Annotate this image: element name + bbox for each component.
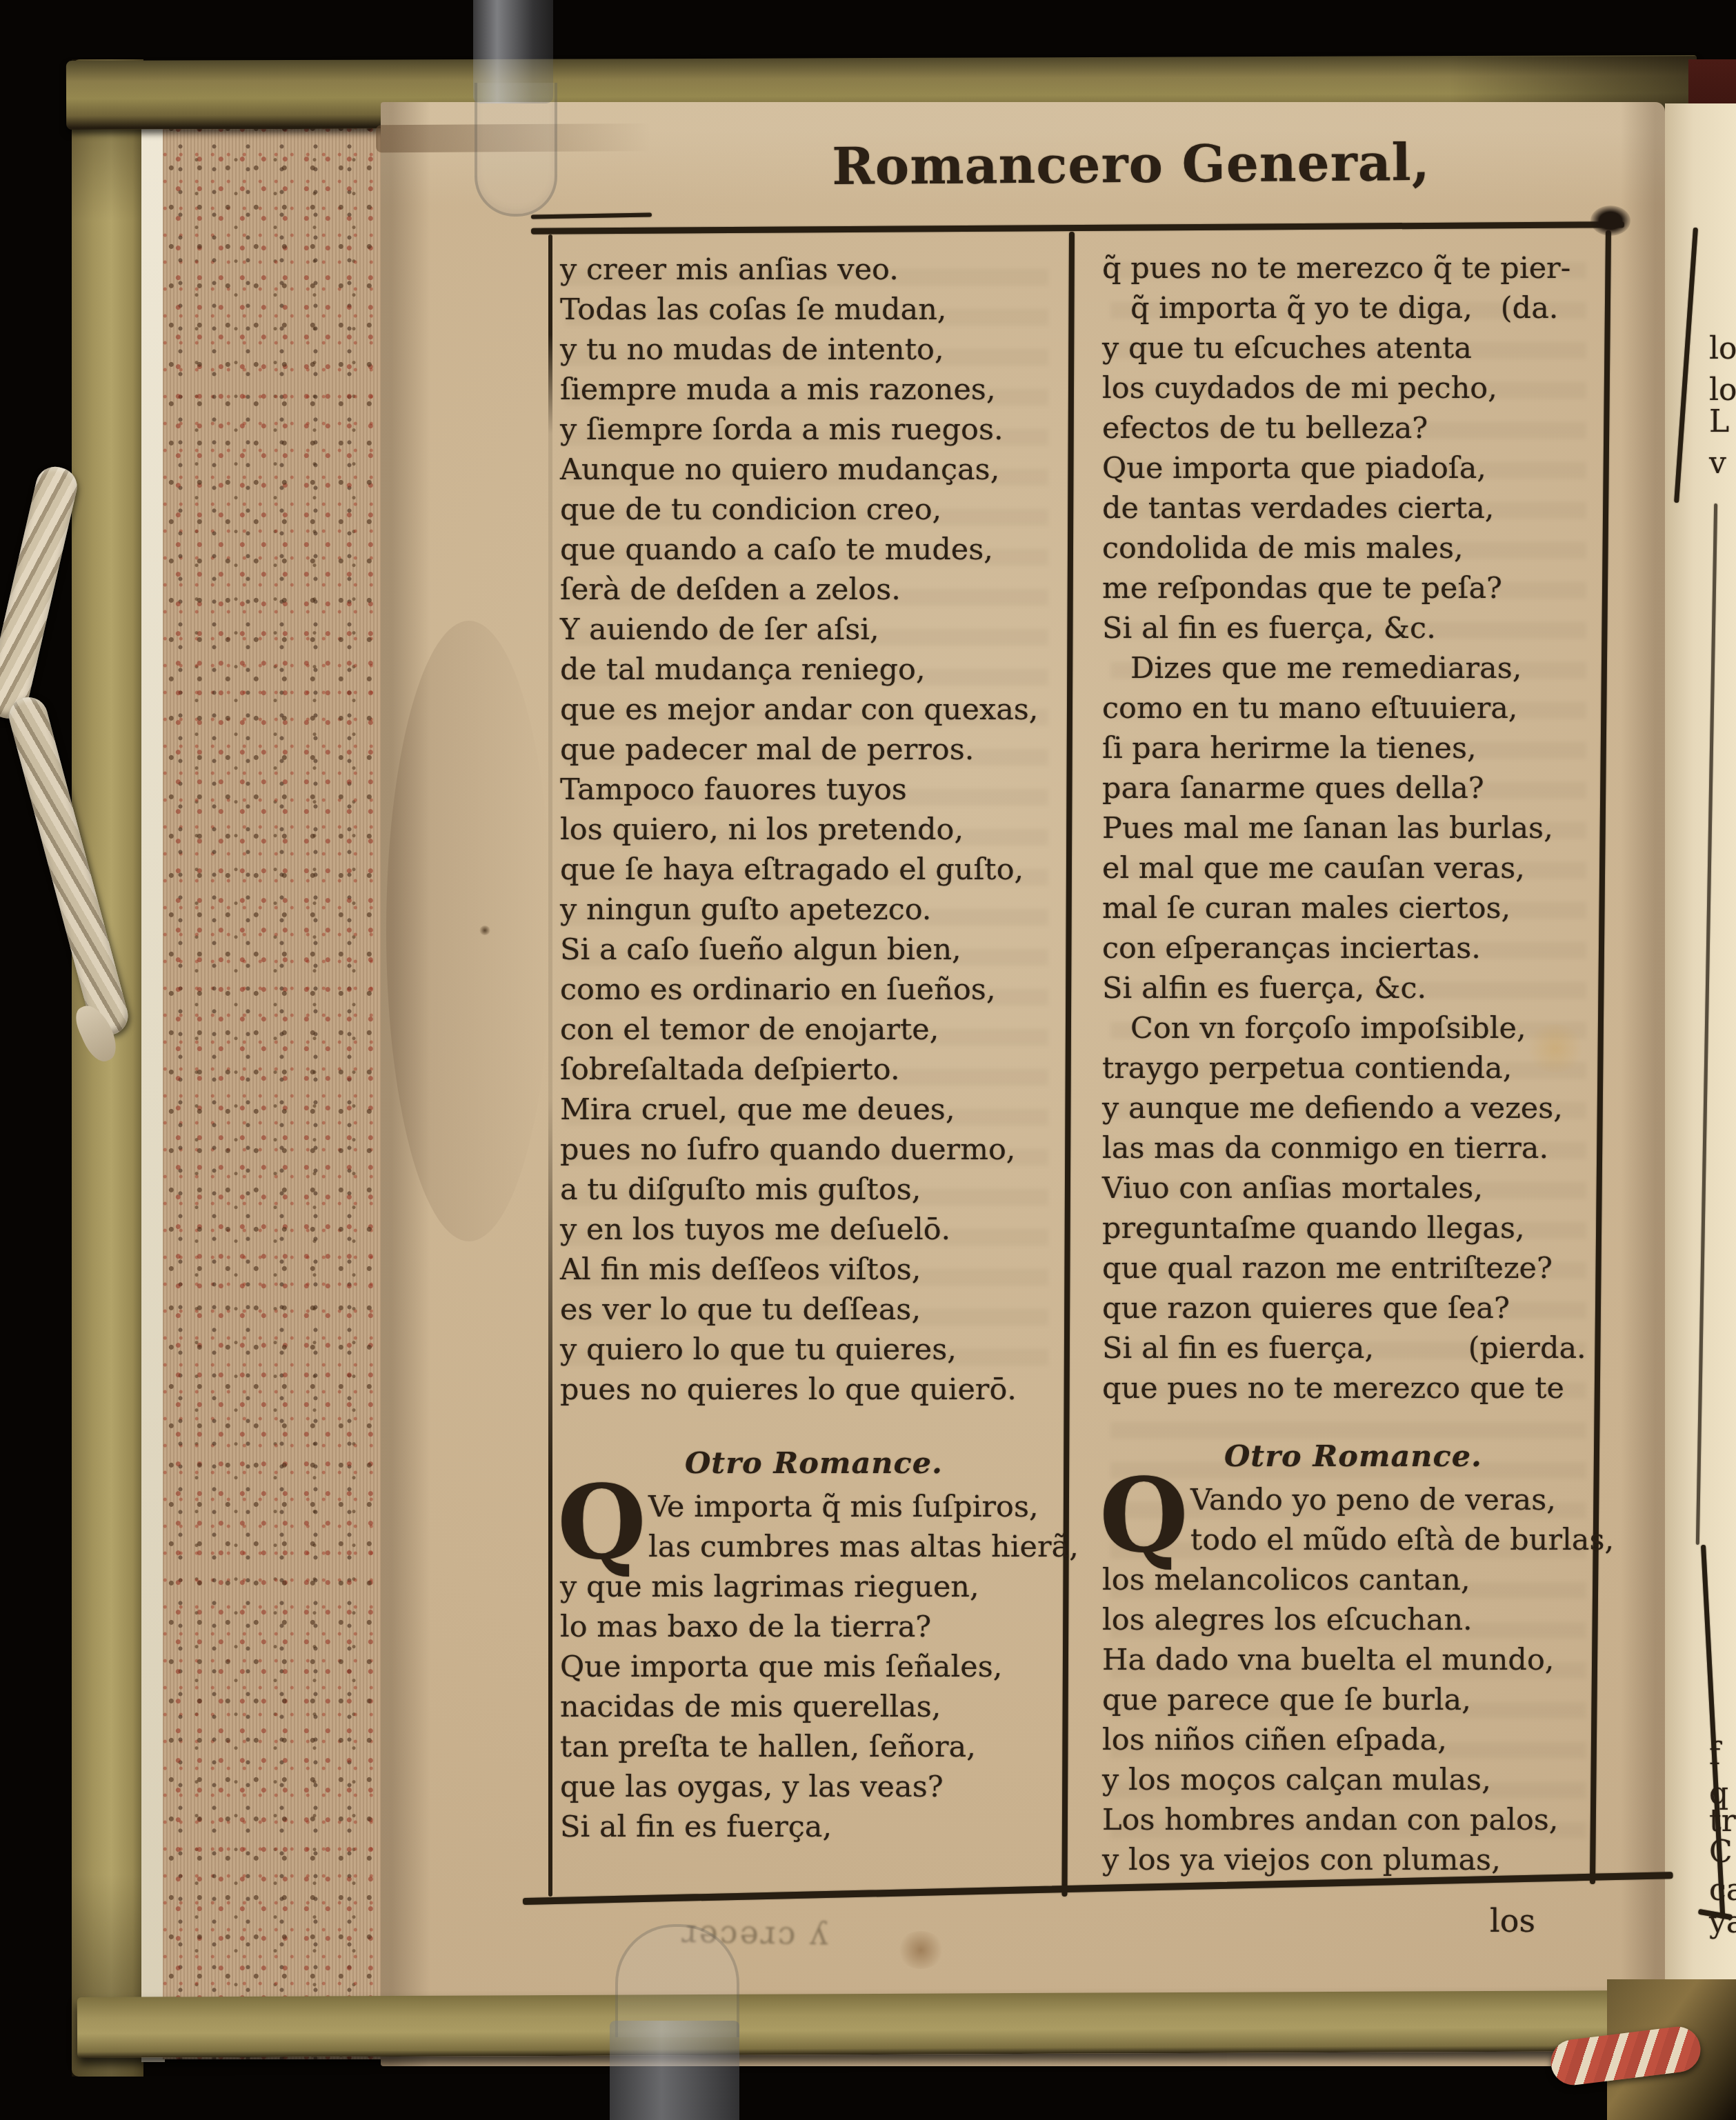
next-page-text-fragment: los: [1709, 372, 1736, 408]
verse-line: efectos de tu belleza?: [1102, 408, 1604, 448]
verse-line: lo mas baxo de la tierra?: [560, 1607, 1068, 1647]
speckled-foredge: [163, 81, 388, 2059]
verse-line: que es mejor andar con quexas,: [560, 690, 1068, 730]
vellum-bottom-edge: [77, 1990, 1612, 2058]
verse-line: todo el mũdo eſtà de burlas,: [1190, 1520, 1604, 1560]
verse-line: que quando a caſo te mudes,: [560, 530, 1068, 570]
verse-line: pues no ſufro quando duermo,: [560, 1130, 1068, 1170]
paper-stain: [897, 1931, 945, 1969]
verse-line: Si al fin es fuerça, (pierda.: [1102, 1328, 1604, 1368]
verse-line: de tal mudança reniego,: [560, 650, 1068, 690]
verse-line: Que importa que piadoſa,: [1102, 448, 1604, 488]
verse-line: y ningun guſto apetezco.: [560, 890, 1068, 930]
verse-line: los quiero, ni los pretendo,: [560, 810, 1068, 850]
drop-cap-letter: Q: [1099, 1474, 1188, 1556]
verse-line: mal ſe curan males ciertos,: [1102, 888, 1604, 928]
verse-line: de tantas verdades cierta,: [1102, 488, 1604, 528]
verse-line: Todas las coſas ſe mudan,: [560, 290, 1068, 330]
verse-line: para ſanarme ques della?: [1102, 768, 1604, 808]
verse-line: que pues no te merezco que te: [1102, 1368, 1604, 1408]
verse-line: y aunque me defiendo a vezes,: [1102, 1088, 1604, 1128]
verse-line: como en tu mano eſtuuiera,: [1102, 688, 1604, 728]
plastic-strap-bottom: [610, 2021, 739, 2120]
next-page-text-fragment: v: [1709, 446, 1726, 481]
verse-line: y que tu eſcuches atenta: [1102, 328, 1604, 368]
verse-line: tan preſta te hallen, ſeñora,: [560, 1727, 1068, 1767]
verse-line: ſobreſaltada deſpierto.: [560, 1050, 1068, 1090]
verse-line: Con vn forçoſo impoſsible,: [1102, 1008, 1604, 1048]
verse-line: Viuo con anſias mortales,: [1102, 1168, 1604, 1208]
verse-line: que padecer mal de perros.: [560, 730, 1068, 770]
verse-line: me reſpondas que te peſa?: [1102, 568, 1604, 608]
verse-line: Si a caſo ſueño algun bien,: [560, 930, 1068, 970]
verse-line: es ver lo que tu deſſeas,: [560, 1290, 1068, 1330]
verse-line: Los hombres andan con palos,: [1102, 1800, 1604, 1840]
page-block-inner-edge: [141, 81, 165, 2062]
poem-opening: QVando yo peno de veras,todo el mũdo eſt…: [1102, 1480, 1604, 1560]
verse-line: que qual razon me entriſteze?: [1102, 1248, 1604, 1288]
verse-line: Ve importa q̃ mis ſuſpiros,: [648, 1487, 1068, 1527]
verse-line: pues no quieres lo que quierō.: [560, 1370, 1068, 1410]
verse-line: a tu diſguſto mis guſtos,: [560, 1170, 1068, 1210]
verse-line: y creer mis anſias veo.: [560, 250, 1068, 290]
next-page-sliver: loslosLvfqtrCcaya: [1665, 103, 1736, 2043]
frame-left-rule: [548, 234, 552, 1897]
verse-line: Y auiendo de ſer aſsi,: [560, 610, 1068, 650]
verse-line: los alegres los eſcuchan.: [1102, 1600, 1604, 1640]
verse-line: Mira cruel, que me deues,: [560, 1090, 1068, 1130]
verse-line: Vando yo peno de veras,: [1190, 1480, 1604, 1520]
verse-line: las mas da conmigo en tierra.: [1102, 1128, 1604, 1168]
next-page-text-fragment: tr: [1709, 1803, 1736, 1839]
verse-line: preguntaſme quando llegas,: [1102, 1208, 1604, 1248]
verse-line: que razon quieres que ſea?: [1102, 1288, 1604, 1328]
next-page-text-fragment: los: [1709, 331, 1736, 366]
verse-line: y quiero lo que tu quieres,: [560, 1330, 1068, 1370]
verse-line: condolida de mis males,: [1102, 528, 1604, 568]
verse-line: ſiempre muda a mis razones,: [560, 370, 1068, 410]
verse-line: y ſiempre ſorda a mis ruegos.: [560, 410, 1068, 450]
verse-line: con eſperanças inciertas.: [1102, 928, 1604, 968]
verse-line: y tu no mudas de intento,: [560, 330, 1068, 370]
verse-line: con el temor de enojarte,: [560, 1010, 1068, 1050]
plastic-strap-top-loop: [475, 83, 557, 217]
verse-line: Si al fin es fuerça, &c.: [1102, 608, 1604, 648]
binding-cord: [0, 463, 81, 722]
gutter-shadow: [386, 621, 552, 1241]
verse-line: el mal que me cauſan veras,: [1102, 848, 1604, 888]
verse-line: los cuydados de mi pecho,: [1102, 368, 1604, 408]
drop-cap-letter: Q: [557, 1481, 646, 1563]
verse-line: nacidas de mis querellas,: [560, 1687, 1068, 1727]
verse-line: que ſe haya eſtragado el guſto,: [560, 850, 1068, 890]
verse-line: Pues mal me ſanan las burlas,: [1102, 808, 1604, 848]
verse-line: que de tu condicion creo,: [560, 490, 1068, 530]
verse-line: q̃ pues no te merezco q̃ te pier-: [1102, 248, 1604, 288]
frame-corner-blot: [1590, 206, 1630, 236]
verse-line: Dizes que me remediaras,: [1102, 648, 1604, 688]
running-title: Romancero General,: [814, 133, 1449, 197]
vellum-spine-strip: [72, 59, 143, 2077]
verse-line: las cumbres mas altas hierã,: [648, 1527, 1068, 1567]
poem-opening: QVe importa q̃ mis ſuſpiros,las cumbres …: [560, 1487, 1068, 1567]
verse-line: ſerà de deſden a zelos.: [560, 570, 1068, 610]
verse-line: Que importa que mis ſeñales,: [560, 1647, 1068, 1687]
verse-line: q̃ importa q̃ yo te diga, (da.: [1102, 288, 1604, 328]
verse-line: Ha dado vna buelta el mundo,: [1102, 1640, 1604, 1680]
next-page-text-fragment: L: [1709, 404, 1729, 439]
verse-line: Si alfin es fuerça, &c.: [1102, 968, 1604, 1008]
verse-line: Tampoco fauores tuyos: [560, 770, 1068, 810]
verse-line: ſi para herirme la tienes,: [1102, 728, 1604, 768]
column-left: y creer mis anſias veo.Todas las coſas ſ…: [560, 250, 1068, 1847]
verse-line: Al fin mis deſſeos viſtos,: [560, 1250, 1068, 1290]
verse-line: los niños ciñen eſpada,: [1102, 1720, 1604, 1760]
verse-line: y en los tuyos me deſuelō.: [560, 1210, 1068, 1250]
verse-line: Aunque no quiero mudanças,: [560, 450, 1068, 490]
verse-line: que parece que ſe burla,: [1102, 1680, 1604, 1720]
verse-line: y los moços calçan mulas,: [1102, 1760, 1604, 1800]
verse-line: traygo perpetua contienda,: [1102, 1048, 1604, 1088]
book-photo: loslosLvfqtrCcaya Romancero General, y c…: [0, 0, 1736, 2120]
column-right: q̃ pues no te merezco q̃ te pier- q̃ imp…: [1102, 248, 1604, 1880]
verse-line: y los ya viejos con plumas,: [1102, 1840, 1604, 1880]
verse-line: Si al fin es fuerça,: [560, 1807, 1068, 1847]
catchword: los: [1490, 1902, 1535, 1939]
verse-line: como es ordinario en ſueños,: [560, 970, 1068, 1010]
verse-line: que las oygas, y las veas?: [560, 1767, 1068, 1807]
